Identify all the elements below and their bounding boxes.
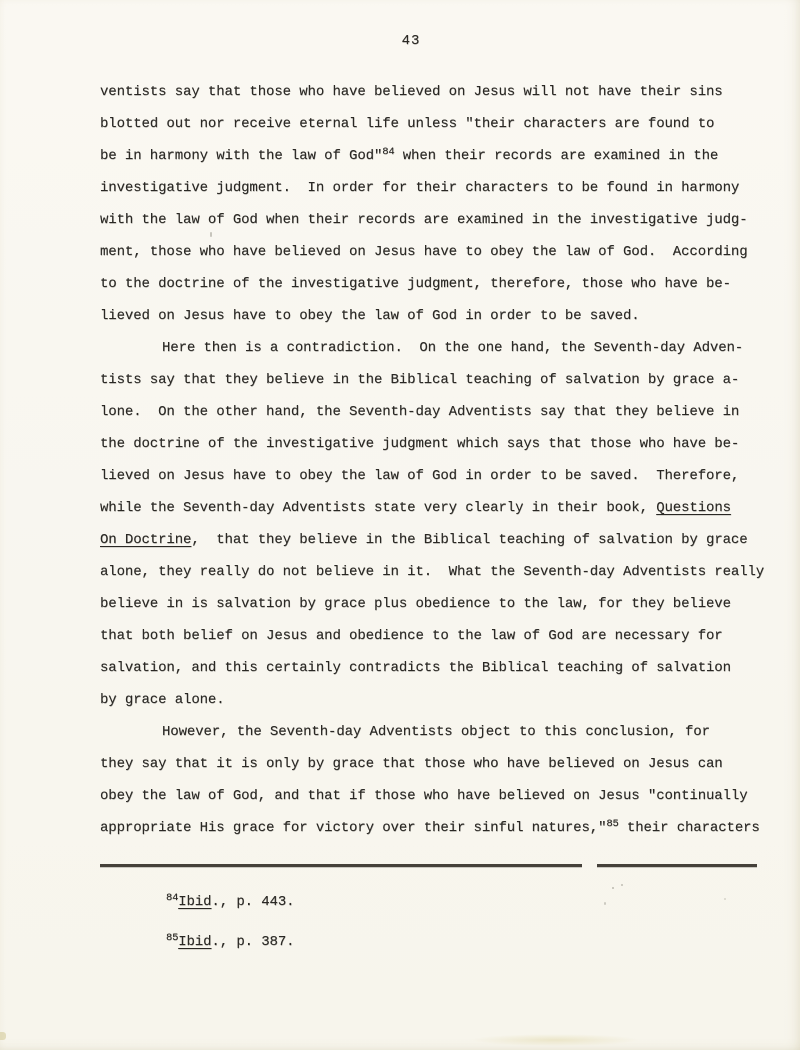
scan-speck: [621, 884, 623, 886]
text-line: On Doctrine, that they believe in the Bi…: [100, 524, 790, 556]
text-segment: their characters: [619, 820, 760, 836]
text-segment: , that they believe in the Biblical teac…: [191, 532, 747, 548]
text-segment: lieved on Jesus have to obey the law of …: [100, 308, 640, 324]
footnote-rule-gap: [582, 864, 597, 867]
scan-speck: [724, 898, 726, 900]
scan-speck: [612, 887, 614, 889]
text-segment: ment, those who have believed on Jesus h…: [100, 244, 748, 260]
text-segment: that both belief on Jesus and obedience …: [100, 628, 723, 644]
text-line: to the doctrine of the investigative jud…: [100, 268, 790, 300]
footnote-ref: 85: [606, 818, 618, 830]
text-segment: be in harmony with the law of God": [100, 148, 382, 164]
text-segment: Here then is a contradiction. On the one…: [162, 340, 743, 356]
text-segment: investigative judgment. In order for the…: [100, 180, 739, 196]
footnote-number: 84: [166, 892, 178, 904]
text-segment: However, the Seventh-day Adventists obje…: [162, 724, 710, 740]
text-line: blotted out nor receive eternal life unl…: [100, 108, 790, 140]
footnote-rule-segment: [597, 864, 757, 867]
footnote: 84Ibid., p. 443.: [100, 882, 780, 922]
text-line: with the law of God when their records a…: [100, 204, 790, 236]
text-segment: while the Seventh-day Adventists state v…: [100, 500, 656, 516]
text-segment: by grace alone.: [100, 692, 225, 708]
text-line: they say that it is only by grace that t…: [100, 748, 790, 780]
text-segment: believe in is salvation by grace plus ob…: [100, 596, 731, 612]
text-segment: when their records are examined in the: [394, 148, 718, 164]
text-line: by grace alone.: [100, 684, 790, 716]
text-line: lieved on Jesus have to obey the law of …: [100, 460, 790, 492]
text-line: investigative judgment. In order for the…: [100, 172, 790, 204]
text-line: Here then is a contradiction. On the one…: [100, 332, 790, 364]
text-segment: blotted out nor receive eternal life unl…: [100, 116, 714, 132]
text-segment: obey the law of God, and that if those w…: [100, 788, 748, 804]
footnote: 85Ibid., p. 387.: [100, 922, 780, 962]
underlined-text: Ibid: [178, 934, 211, 950]
footnote-number: 85: [166, 932, 178, 944]
text-segment: with the law of God when their records a…: [100, 212, 748, 228]
page-number: 43: [11, 33, 800, 49]
footnote-ref: 84: [382, 146, 394, 158]
scan-smudge: [470, 1034, 640, 1046]
text-line: ventists say that those who have believe…: [100, 76, 790, 108]
text-segment: tists say that they believe in the Bibli…: [100, 372, 739, 388]
footnotes: 84Ibid., p. 443.85Ibid., p. 387.: [100, 882, 780, 962]
text-line: tists say that they believe in the Bibli…: [100, 364, 790, 396]
underlined-text: On Doctrine: [100, 532, 191, 548]
text-line: that both belief on Jesus and obedience …: [100, 620, 790, 652]
document-page: 43 ventists say that those who have beli…: [0, 0, 800, 1050]
text-line: the doctrine of the investigative judgme…: [100, 428, 790, 460]
footnote-rule-segment: [100, 864, 582, 867]
scan-speck: [604, 902, 606, 905]
text-segment: the doctrine of the investigative judgme…: [100, 436, 739, 452]
text-line: be in harmony with the law of God"84 whe…: [100, 140, 790, 172]
text-segment: alone, they really do not believe in it.…: [100, 564, 764, 580]
body-text: ventists say that those who have believe…: [100, 76, 790, 844]
text-segment: lone. On the other hand, the Seventh-day…: [100, 404, 739, 420]
scan-speck: [210, 232, 212, 237]
text-segment: salvation, and this certainly contradict…: [100, 660, 731, 676]
text-line: appropriate His grace for victory over t…: [100, 812, 790, 844]
text-line: salvation, and this certainly contradict…: [100, 652, 790, 684]
text-line: lieved on Jesus have to obey the law of …: [100, 300, 790, 332]
text-segment: lieved on Jesus have to obey the law of …: [100, 468, 739, 484]
text-segment: they say that it is only by grace that t…: [100, 756, 723, 772]
text-line: lone. On the other hand, the Seventh-day…: [100, 396, 790, 428]
text-segment: ., p. 443.: [211, 894, 294, 910]
text-line: obey the law of God, and that if those w…: [100, 780, 790, 812]
text-segment: ., p. 387.: [211, 934, 294, 950]
underlined-text: Questions: [656, 500, 731, 516]
text-line: However, the Seventh-day Adventists obje…: [100, 716, 790, 748]
footnote-separator: [100, 864, 757, 867]
scan-edge-mark: [0, 1032, 6, 1040]
text-line: ment, those who have believed on Jesus h…: [100, 236, 790, 268]
underlined-text: Ibid: [178, 894, 211, 910]
text-segment: appropriate His grace for victory over t…: [100, 820, 606, 836]
text-segment: to the doctrine of the investigative jud…: [100, 276, 731, 292]
text-segment: ventists say that those who have believe…: [100, 84, 723, 100]
text-line: believe in is salvation by grace plus ob…: [100, 588, 790, 620]
text-line: while the Seventh-day Adventists state v…: [100, 492, 790, 524]
text-line: alone, they really do not believe in it.…: [100, 556, 790, 588]
